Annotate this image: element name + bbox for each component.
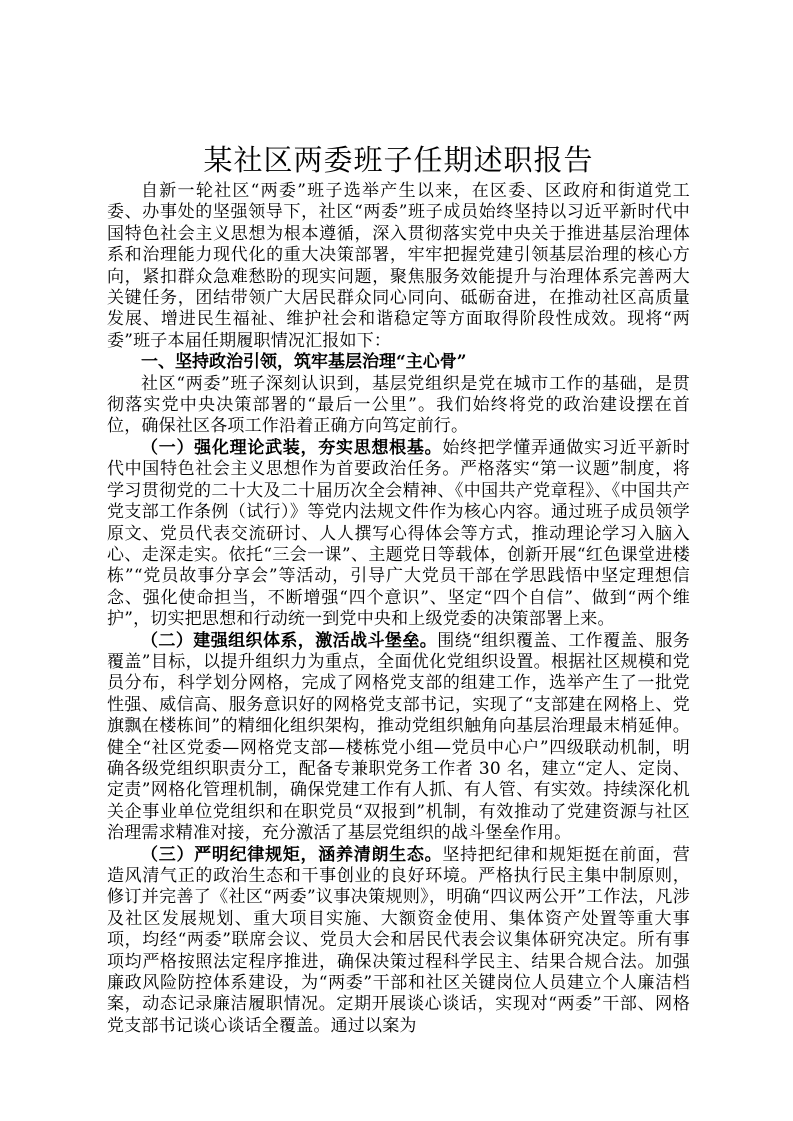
section-intro-paragraph: 社区“两委”班子深刻认识到，基层党组织是党在城市工作的基础，是贯彻落实党中央决策… [107, 374, 690, 438]
document-title: 某社区两委班子任期述职报告 [107, 140, 690, 180]
intro-paragraph: 自新一轮社区“两委”班子选举产生以来，在区委、区政府和街道党工委、办事处的坚强领… [107, 181, 690, 352]
section-heading: 一、坚持政治引领，筑牢基层治理“主心骨” [107, 352, 690, 373]
subsection-lead: （二）建强组织体系，激活战斗堡垒。 [141, 631, 437, 651]
subsection-body: 始终把学懂弄通做实习近平新时代中国特色社会主义思想作为首要政治任务。严格落实“第… [107, 438, 690, 629]
subsection-lead: （一）强化理论武装，夯实思想根基。 [141, 438, 442, 458]
subsection-body: 围绕“组织覆盖、工作覆盖、服务覆盖”目标，以提升组织力为重点，全面优化党组织设置… [107, 631, 690, 844]
document-page: 某社区两委班子任期述职报告 自新一轮社区“两委”班子选举产生以来，在区委、区政府… [107, 140, 690, 1037]
subsection-paragraph-1: （一）强化理论武装，夯实思想根基。始终把学懂弄通做实习近平新时代中国特色社会主义… [107, 438, 690, 631]
subsection-paragraph-2: （二）建强组织体系，激活战斗堡垒。围绕“组织覆盖、工作覆盖、服务覆盖”目标，以提… [107, 631, 690, 845]
subsection-lead: （三）严明纪律规矩，涵养清朗生态。 [141, 845, 442, 865]
subsection-body: 坚持把纪律和规矩挺在前面，营造风清气正的政治生态和干事创业的良好环境。严格执行民… [107, 845, 690, 1036]
subsection-paragraph-3: （三）严明纪律规矩，涵养清朗生态。坚持把纪律和规矩挺在前面，营造风清气正的政治生… [107, 845, 690, 1038]
